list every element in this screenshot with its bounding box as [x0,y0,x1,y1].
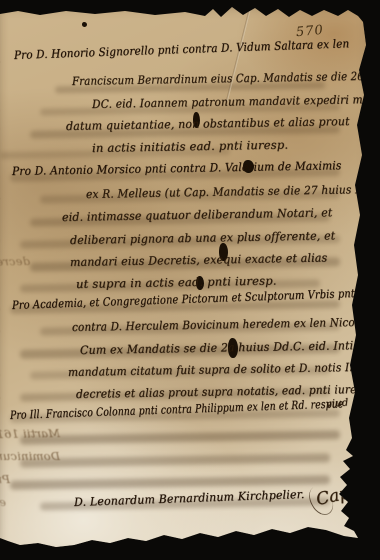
manuscript-line: deliberari pignora ab una ex plus offere… [70,230,335,246]
manuscript-line: viud [326,398,349,410]
bleedthrough-line: Dominicum Cleonem exactionem [0,451,60,463]
manuscript-line: mandatum citatum fuit supra de solito et… [68,362,356,379]
bleedthrough-line: decretis omnibus exequi man [0,256,30,271]
manuscript-line: Cum ex Mandatis se die 2a huius Dd.C. ei… [80,340,361,356]
manuscript-page: sim et marinis causam audi pro eo quod m… [0,0,380,560]
ink-blot [82,22,87,27]
manuscript-line: Franciscum Bernardinum eius Cap. Mandati… [72,70,380,87]
manuscript-line: Pro D. Honorio Signorello pnti contra D.… [14,38,350,61]
photo-background: sim et marinis causam audi pro eo quod m… [0,0,380,560]
bleed-smear [20,453,330,467]
bleedthrough-line: Pro D. Lancellotto Marcello Antonius eiu… [0,474,10,490]
closing-mark: Cap. [314,482,357,510]
manuscript-line: in actis initiatis ead. pnti iuresp. [92,140,288,155]
manuscript-line: contra D. Herculem Bovicinum heredem ex … [72,317,377,334]
bleed-smear [20,430,340,445]
bleedthrough-line: et concina [0,497,6,509]
